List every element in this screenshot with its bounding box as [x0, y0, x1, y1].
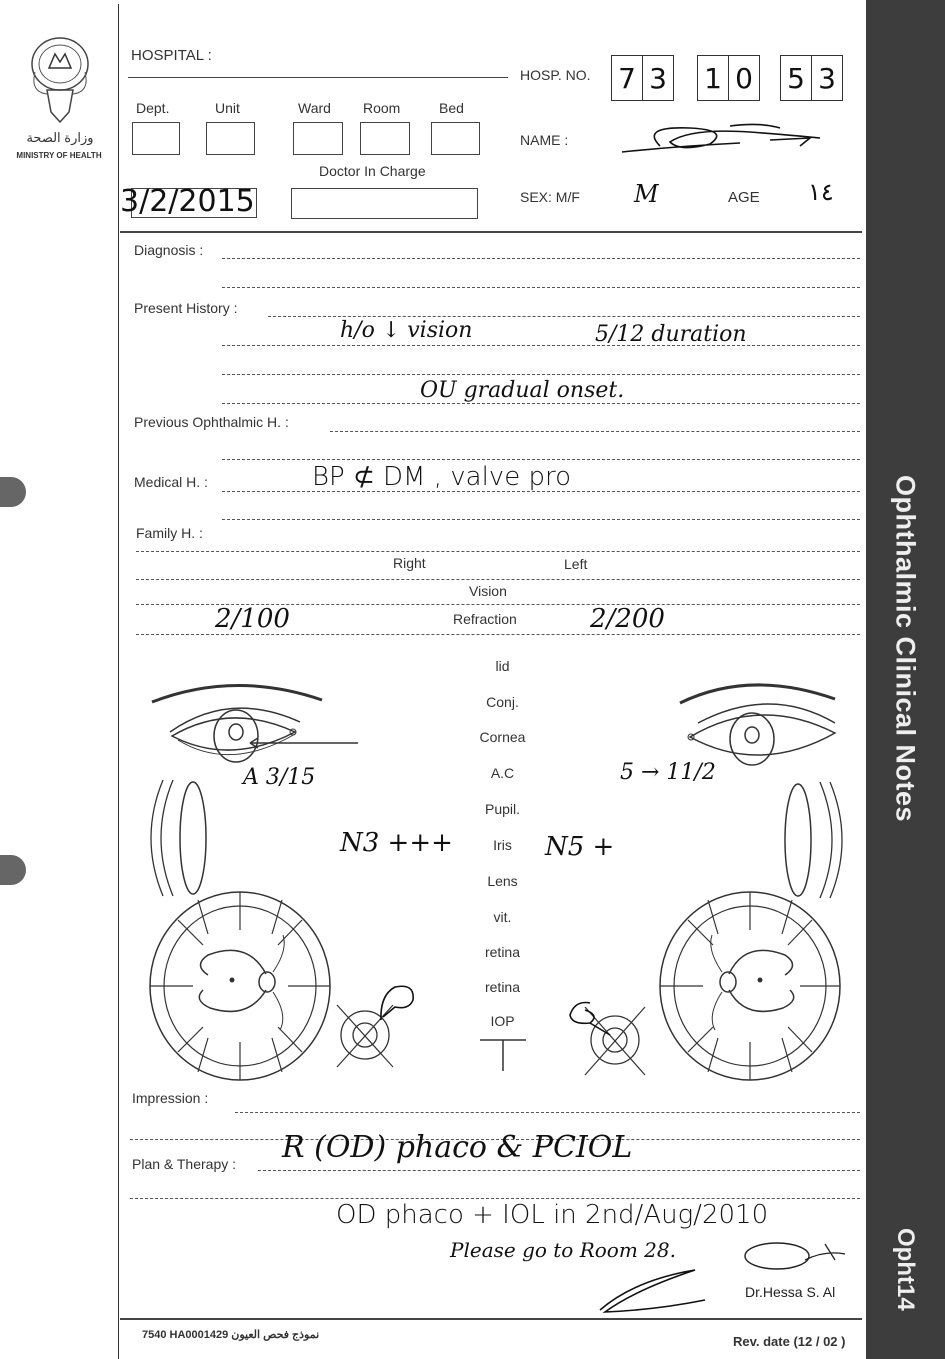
doctor-stamp: Dr.Hessa S. Al — [745, 1284, 835, 1300]
right-eye-label: Right — [393, 555, 426, 571]
dept-field[interactable] — [132, 122, 180, 155]
left-lens-note: N5 + — [545, 832, 614, 862]
exam-row-lid: lid — [450, 658, 555, 674]
left-ac-note: 5 → 11/2 — [620, 760, 716, 785]
exam-row-vit: vit. — [450, 909, 555, 925]
left-eye-external-diagram[interactable] — [670, 675, 870, 760]
date-value: 3/2/2015 — [120, 184, 255, 219]
hosp-no-label: HOSP. NO. — [520, 67, 591, 83]
right-vision-value[interactable]: 2/100 — [215, 604, 290, 634]
exam-row-cornea: Cornea — [450, 729, 555, 745]
present-history-text-a: h/o ↓ vision — [340, 318, 472, 343]
diagnosis-field[interactable] — [222, 258, 860, 259]
exam-row-lens: Lens — [450, 873, 555, 889]
right-fundus-diagram[interactable] — [148, 890, 338, 1090]
family-history-label: Family H. : — [136, 525, 203, 541]
hosp-no-digit[interactable]: 1 — [697, 55, 729, 101]
iop-divider-icon — [478, 1038, 528, 1073]
room-field[interactable] — [360, 122, 410, 155]
right-lens-note: N3 +++ — [340, 828, 453, 858]
ministry-emblem-icon — [25, 32, 95, 132]
room-label: Room — [363, 100, 400, 116]
header-divider — [120, 231, 862, 233]
present-history-line2[interactable] — [222, 345, 860, 346]
right-eye-external-diagram[interactable] — [150, 680, 365, 760]
present-history-line3[interactable] — [222, 374, 860, 375]
ministry-arabic-name: وزارة الصحة — [5, 130, 115, 146]
hosp-no-digit[interactable]: 0 — [729, 55, 760, 101]
age-value[interactable]: ١٤ — [808, 178, 834, 206]
plan-therapy-field[interactable] — [258, 1170, 860, 1171]
name-scribble[interactable] — [620, 118, 840, 158]
left-vision-value[interactable]: 2/200 — [590, 604, 665, 634]
hosp-no-group-3: 5 3 — [780, 55, 843, 103]
present-history-field[interactable] — [268, 316, 860, 317]
hosp-no-digit[interactable]: 7 — [611, 55, 643, 101]
hosp-no-digit[interactable]: 3 — [643, 55, 674, 101]
hosp-no-digit[interactable]: 3 — [812, 55, 843, 101]
impression-field[interactable] — [235, 1112, 860, 1113]
plan-therapy-text: R (OD) phaco & PCIOL — [282, 1130, 632, 1165]
previous-ophthalmic-field[interactable] — [330, 431, 860, 432]
ward-field[interactable] — [293, 122, 343, 155]
unit-field[interactable] — [206, 122, 255, 155]
plan-therapy-label: Plan & Therapy : — [132, 1156, 236, 1172]
present-history-line4[interactable] — [222, 403, 860, 404]
ward-label: Ward — [298, 100, 331, 116]
form-code: 7540 HA0001429 نموذج فحص العيون — [142, 1328, 319, 1341]
hosp-no-group-2: 1 0 — [697, 55, 760, 103]
exam-row-iris: Iris — [450, 837, 555, 853]
previous-ophthalmic-label: Previous Ophthalmic H. : — [134, 414, 289, 430]
sex-label: SEX: M/F — [520, 189, 580, 205]
medical-history-label: Medical H. : — [134, 474, 208, 490]
exam-row-line — [136, 634, 860, 635]
exam-row-iop: IOP — [450, 1013, 555, 1029]
exam-row-conj: Conj. — [450, 694, 555, 710]
hospital-label: HOSPITAL : — [131, 47, 212, 64]
present-history-text-line2: OU gradual onset. — [420, 378, 624, 403]
right-iop-target-diagram[interactable] — [335, 975, 445, 1075]
hosp-no-digit[interactable]: 5 — [780, 55, 812, 101]
form-code-tab: Opht14 — [891, 1228, 919, 1311]
bed-label: Bed — [439, 100, 464, 116]
family-history-field[interactable] — [136, 551, 860, 552]
diagnosis-label: Diagnosis : — [134, 242, 203, 258]
surgery-note: OD phaco + IOL in 2nd/Aug/2010 — [336, 1200, 768, 1230]
punch-hole — [0, 477, 26, 507]
hospital-field[interactable] — [128, 77, 508, 78]
present-history-label: Present History : — [134, 300, 237, 316]
doctor-in-charge-field[interactable] — [291, 188, 478, 219]
left-eye-label: Left — [564, 556, 587, 572]
ministry-english-name: MINISTRY OF HEALTH — [3, 151, 115, 160]
plan-therapy-line2[interactable] — [130, 1198, 860, 1199]
left-iop-target-diagram[interactable] — [560, 995, 670, 1095]
form-title: Ophthalmic Clinical Notes — [890, 475, 921, 822]
left-lens-diagram[interactable] — [778, 780, 848, 900]
punch-hole — [0, 855, 26, 885]
hosp-no-group-1: 7 3 — [611, 55, 674, 103]
present-history-text-b: 5/12 duration — [595, 322, 747, 347]
unit-label: Unit — [215, 100, 240, 116]
medical-history-line2[interactable] — [222, 519, 860, 520]
bed-field[interactable] — [431, 122, 480, 155]
exam-row-line — [136, 579, 860, 580]
exam-row-retina: retina — [450, 944, 555, 960]
diagnosis-field-line2[interactable] — [222, 287, 860, 288]
vision-label: Vision — [469, 583, 507, 599]
name-label: NAME : — [520, 132, 568, 148]
medical-history-text: BP ⊄ DM , valve pro — [312, 462, 571, 492]
revision-date: Rev. date (12 / 02 ) — [733, 1334, 845, 1349]
right-lens-diagram[interactable] — [145, 778, 215, 898]
sex-value[interactable]: M — [634, 180, 659, 208]
impression-label: Impression : — [132, 1090, 208, 1106]
footer-divider — [120, 1318, 862, 1320]
refraction-label: Refraction — [453, 611, 517, 627]
exam-row-ac: A.C — [450, 765, 555, 781]
left-fundus-diagram[interactable] — [655, 890, 845, 1090]
exam-row-pupil: Pupil. — [450, 801, 555, 817]
doctor-signature — [595, 1240, 865, 1320]
doctor-in-charge-label: Doctor In Charge — [319, 163, 426, 179]
right-ac-note: A 3/15 — [243, 765, 315, 790]
age-label: AGE — [728, 189, 760, 206]
exam-row-retina-2: retina — [450, 979, 555, 995]
margin-line — [118, 4, 119, 1359]
dept-label: Dept. — [136, 100, 169, 116]
previous-ophthalmic-line2[interactable] — [222, 459, 860, 460]
